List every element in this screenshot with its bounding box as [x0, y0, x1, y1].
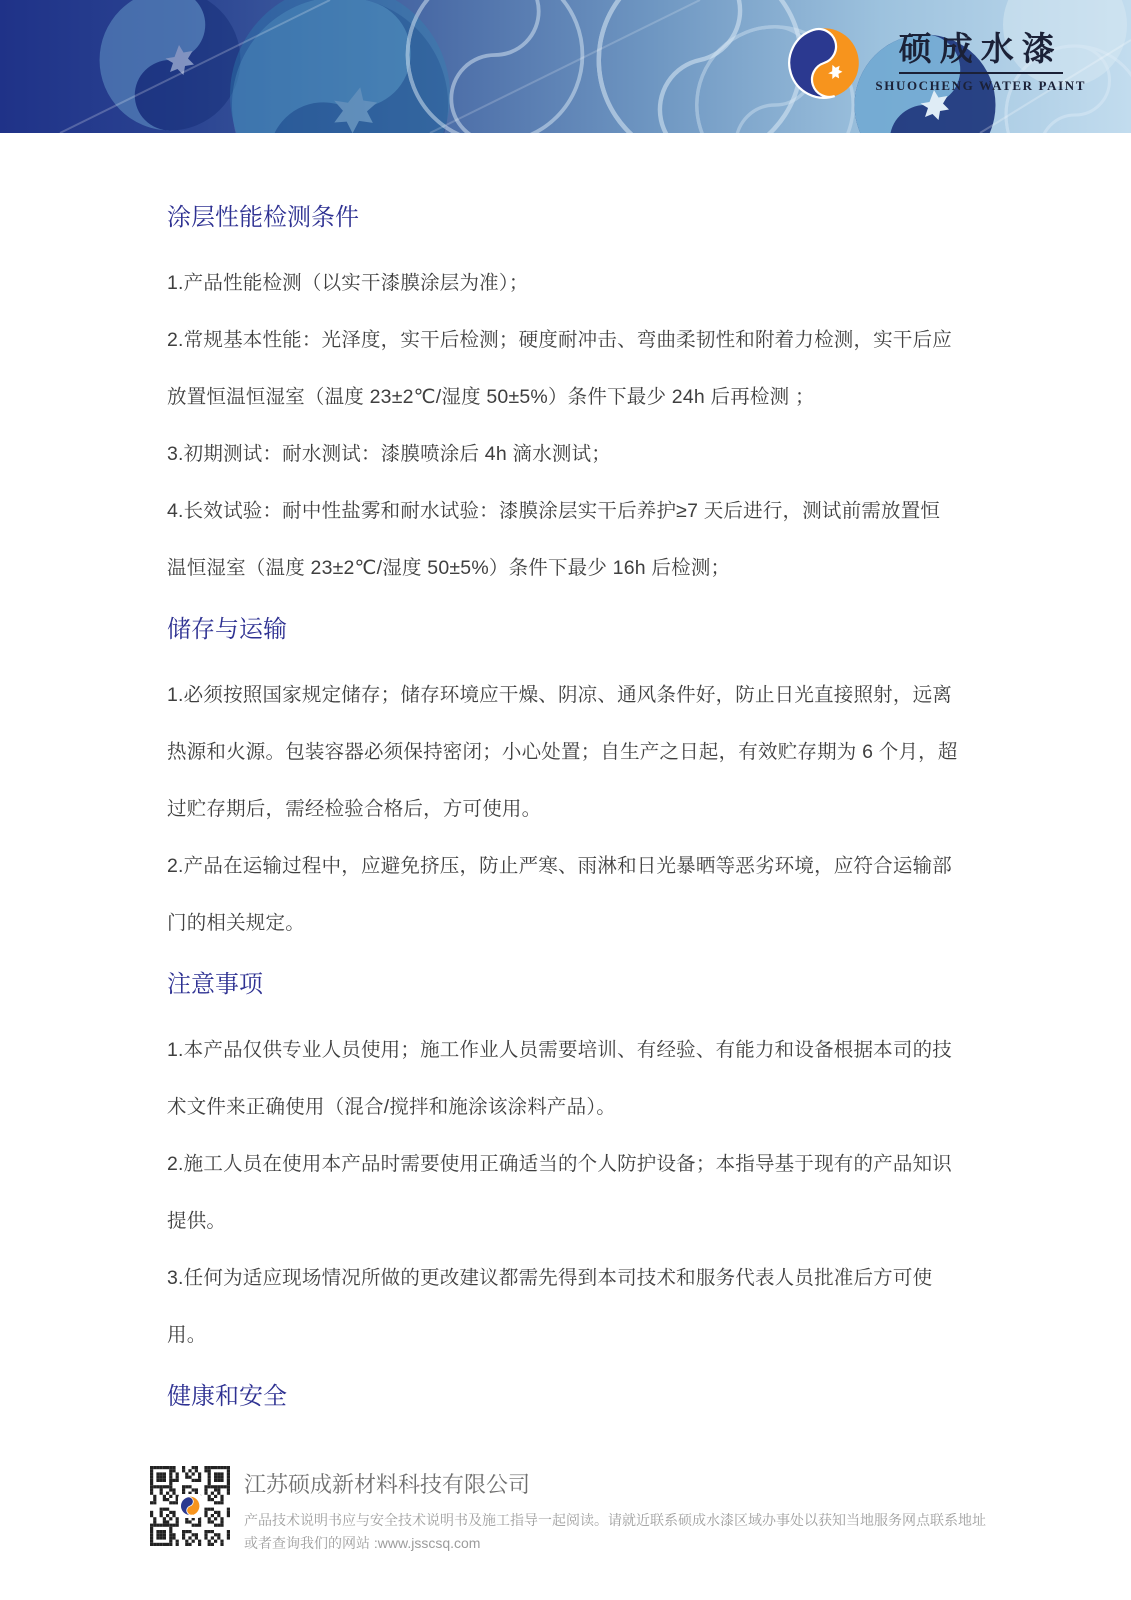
section-precautions: 注意事项 1.本产品仅供专业人员使用；施工作业人员需要培训、有经验、有能力和设备… [167, 967, 969, 1348]
body-line: 过贮存期后，需经检验合格后，方可使用。 [167, 796, 969, 822]
section-heading: 涂层性能检测条件 [167, 200, 969, 236]
qr-center-logo-icon [178, 1494, 202, 1518]
section-coating-test-conditions: 涂层性能检测条件 1.产品性能检测（以实干漆膜涂层为准）； 2.常规基本性能：光… [167, 200, 969, 581]
section-heading: 储存与运输 [167, 612, 969, 648]
body-line: 提供。 [167, 1208, 969, 1234]
brand-name-en: SHUOCHENG WATER PAINT [875, 78, 1086, 94]
body-line: 放置恒温恒湿室（温度 23±2℃/湿度 50±5%）条件下最少 24h 后再检测… [167, 384, 969, 410]
body-line: 1.产品性能检测（以实干漆膜涂层为准）； [167, 270, 969, 296]
qr-code [150, 1466, 230, 1546]
body-line: 4.长效试验：耐中性盐雾和耐水试验：漆膜涂层实干后养护≥7 天后进行，测试前需放… [167, 498, 969, 524]
body-line: 2.施工人员在使用本产品时需要使用正确适当的个人防护设备；本指导基于现有的产品知… [167, 1151, 969, 1177]
body-line: 术文件来正确使用（混合/搅拌和施涂该涂料产品）。 [167, 1094, 969, 1120]
body-line: 用。 [167, 1322, 969, 1348]
page-header-banner: 硕成水漆 SHUOCHENG WATER PAINT [0, 0, 1131, 133]
body-line: 2.常规基本性能：光泽度，实干后检测；硬度耐冲击、弯曲柔韧性和附着力检测，实干后… [167, 327, 969, 353]
section-heading: 健康和安全 [167, 1379, 969, 1415]
footer-note-line1: 产品技术说明书应与安全技术说明书及施工指导一起阅读。请就近联系硕成水漆区域办事处… [244, 1509, 986, 1532]
brand-name-cn: 硕成水漆 [899, 32, 1063, 74]
brand-emblem-icon [787, 26, 861, 100]
body-line: 门的相关规定。 [167, 910, 969, 936]
body-line: 3.初期测试：耐水测试：漆膜喷涂后 4h 滴水测试； [167, 441, 969, 467]
section-storage-transport: 储存与运输 1.必须按照国家规定储存；储存环境应干燥、阴凉、通风条件好，防止日光… [167, 612, 969, 936]
body-line: 1.本产品仅供专业人员使用；施工作业人员需要培训、有经验、有能力和设备根据本司的… [167, 1037, 969, 1063]
footer-note-line2: 或者查询我们的网站 :www.jsscsq.com [244, 1532, 986, 1555]
body-line: 2.产品在运输过程中，应避免挤压，防止严寒、雨淋和日光暴晒等恶劣环境，应符合运输… [167, 853, 969, 879]
body-line: 温恒湿室（温度 23±2℃/湿度 50±5%）条件下最少 16h 后检测； [167, 555, 969, 581]
section-heading: 注意事项 [167, 967, 969, 1003]
section-health-safety: 健康和安全 [167, 1379, 969, 1415]
brand-logo: 硕成水漆 SHUOCHENG WATER PAINT [787, 26, 1086, 100]
body-line: 3.任何为适应现场情况所做的更改建议都需先得到本司技术和服务代表人员批准后方可使 [167, 1265, 969, 1291]
footer-company-name: 江苏硕成新材料科技有限公司 [244, 1468, 986, 1499]
page-footer: 江苏硕成新材料科技有限公司 产品技术说明书应与安全技术说明书及施工指导一起阅读。… [150, 1466, 990, 1555]
body-line: 1.必须按照国家规定储存；储存环境应干燥、阴凉、通风条件好，防止日光直接照射，远… [167, 682, 969, 708]
document-body: 涂层性能检测条件 1.产品性能检测（以实干漆膜涂层为准）； 2.常规基本性能：光… [167, 190, 969, 1449]
body-line: 热源和火源。包装容器必须保持密闭；小心处置；自生产之日起，有效贮存期为 6 个月… [167, 739, 969, 765]
